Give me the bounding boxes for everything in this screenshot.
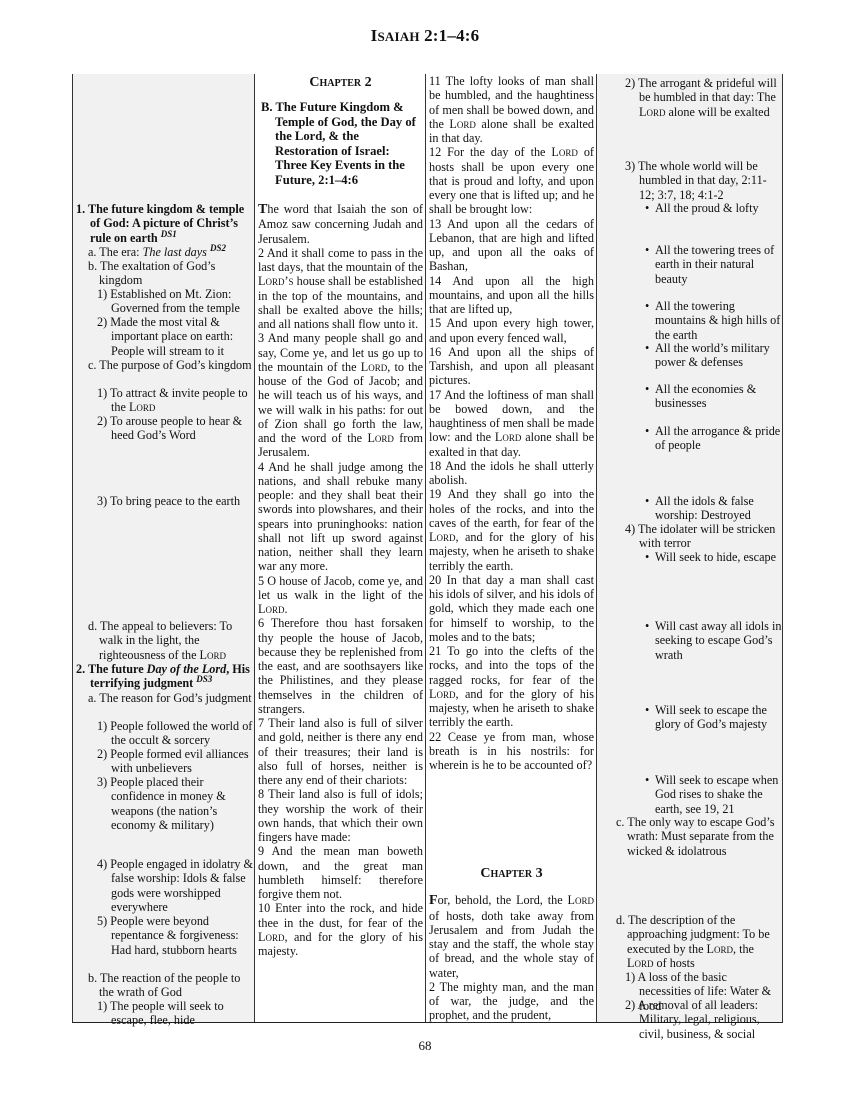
chapter-heading: Chapter 3 bbox=[429, 867, 594, 881]
verse: 13 And upon all the cedars of Lebanon, t… bbox=[429, 217, 594, 274]
verse: 19 And they shall go into the holes of t… bbox=[429, 487, 594, 573]
outline-item: 3) People placed their confidence in mon… bbox=[73, 775, 254, 832]
outline-item: 2. The future Day of the Lord, His terri… bbox=[73, 662, 254, 691]
verses-block-2: 11 The lofty looks of man shall be humbl… bbox=[429, 74, 594, 772]
outline-item: 1) Established on Mt. Zion: Governed fro… bbox=[73, 287, 254, 316]
verse: 20 In that day a man shall cast his idol… bbox=[429, 573, 594, 644]
outline-item: All the towering mountains & high hills … bbox=[597, 299, 782, 342]
verse: 6 Therefore thou hast forsaken thy peopl… bbox=[258, 616, 423, 716]
outline-item: c. The purpose of God’s kingdom bbox=[73, 358, 254, 372]
verse: 2 The mighty man, and the man of war, th… bbox=[429, 980, 594, 1023]
scripture-column-2: 11 The lofty looks of man shall be humbl… bbox=[426, 74, 597, 1022]
scripture-column-1: Chapter 2 B. The Future Kingdom & Temple… bbox=[255, 74, 426, 1022]
outline-item: d. The appeal to believers: To walk in t… bbox=[73, 619, 254, 662]
outline-item: All the idols & false worship: Destroyed bbox=[597, 494, 782, 523]
outline-item: c. The only way to escape God’s wrath: M… bbox=[597, 815, 782, 858]
outline-item: All the economies & businesses bbox=[597, 382, 782, 411]
verses-block-1: The word that Isaiah the son of Amoz saw… bbox=[258, 202, 423, 958]
verse: 11 The lofty looks of man shall be humbl… bbox=[429, 74, 594, 145]
outline-item: 1) People followed the world of the occu… bbox=[73, 719, 254, 748]
outline-item: 1) The people will seek to escape, flee,… bbox=[73, 999, 254, 1028]
outline-item: Will cast away all idols in seeking to e… bbox=[597, 619, 782, 662]
verse: 22 Cease ye from man, whose breath is in… bbox=[429, 730, 594, 773]
outline-item: Will seek to escape the glory of God’s m… bbox=[597, 703, 782, 732]
verse: 12 For the day of the Lord of hosts shal… bbox=[429, 145, 594, 216]
verse: 3 And many people shall go and say, Come… bbox=[258, 331, 423, 459]
verse: 16 And upon all the ships of Tarshish, a… bbox=[429, 345, 594, 388]
outline-item: Will seek to hide, escape bbox=[597, 550, 782, 564]
outline-item: b. The reaction of the people to the wra… bbox=[73, 971, 254, 1000]
outline-item: Will seek to escape when God rises to sh… bbox=[597, 773, 782, 816]
outline-item: 3) To bring peace to the earth bbox=[73, 494, 254, 508]
verse: 21 To go into the clefts of the rocks, a… bbox=[429, 644, 594, 730]
outline-item: 5) People were beyond repentance & forgi… bbox=[73, 914, 254, 957]
section-heading: B. The Future Kingdom & Temple of God, t… bbox=[258, 100, 423, 187]
title-reference: 2:1–4:6 bbox=[424, 26, 479, 45]
verse: 8 Their land also is full of idols; they… bbox=[258, 787, 423, 844]
outline-item: All the world’s military power & defense… bbox=[597, 341, 782, 370]
verse: 7 Their land also is full of silver and … bbox=[258, 716, 423, 787]
chapter-3-verses: For, behold, the Lord, the Lord of hosts… bbox=[429, 893, 594, 1022]
outline-item: All the arrogance & pride of people bbox=[597, 424, 782, 453]
outline-item: 1) To attract & invite people to the Lor… bbox=[73, 386, 254, 415]
page-frame: 1. The future kingdom & temple of God: A… bbox=[72, 74, 783, 1023]
verse: 9 And the mean man boweth down, and the … bbox=[258, 844, 423, 901]
outline-item: 1. The future kingdom & temple of God: A… bbox=[73, 202, 254, 245]
page-number: 68 bbox=[0, 1038, 850, 1054]
verse: 5 O house of Jacob, come ye, and let us … bbox=[258, 574, 423, 617]
outline-column-left: 1. The future kingdom & temple of God: A… bbox=[72, 74, 255, 1022]
chapter-heading: Chapter 2 bbox=[258, 76, 423, 90]
outline-item: All the proud & lofty bbox=[597, 201, 782, 215]
outline-item: 2) The arrogant & prideful will be humbl… bbox=[597, 76, 782, 119]
verse: 2 And it shall come to pass in the last … bbox=[258, 246, 423, 332]
outline-item: b. The exaltation of God’s kingdom bbox=[73, 259, 254, 288]
outline-item: a. The era: The last days DS2 bbox=[73, 245, 254, 259]
outline-item: 2) People formed evil alliances with unb… bbox=[73, 747, 254, 776]
verse: 14 And upon all the high mountains, and … bbox=[429, 274, 594, 317]
verse: 17 And the loftiness of man shall be bow… bbox=[429, 388, 594, 459]
outline-column-right: 2) The arrogant & prideful will be humbl… bbox=[597, 74, 783, 1022]
outline-item: d. The description of the approaching ju… bbox=[597, 913, 782, 970]
outline-item: a. The reason for God’s judgment bbox=[73, 691, 254, 705]
page-title: ISAIAH 2:1–4:6 bbox=[0, 26, 850, 46]
verse: 10 Enter into the rock, and hide thee in… bbox=[258, 901, 423, 958]
chapter-2-heading-block: Chapter 2 B. The Future Kingdom & Temple… bbox=[258, 76, 423, 187]
verse: 18 And the idols he shall utterly abolis… bbox=[429, 459, 594, 488]
chapter-3-block: Chapter 3 For, behold, the Lord, the Lor… bbox=[429, 867, 594, 1023]
outline-item: 4) People engaged in idolatry & false wo… bbox=[73, 857, 254, 914]
outline-item: 2) To arouse people to hear & heed God’s… bbox=[73, 414, 254, 443]
verse: The word that Isaiah the son of Amoz saw… bbox=[258, 202, 423, 246]
outline-item: 2) Made the most vital & important place… bbox=[73, 315, 254, 358]
verse: 4 And he shall judge among the nations, … bbox=[258, 460, 423, 574]
verse: For, behold, the Lord, the Lord of hosts… bbox=[429, 893, 594, 980]
outline-item: 2) A removal of all leaders: Military, l… bbox=[597, 998, 782, 1041]
outline-item: 4) The idolater will be stricken with te… bbox=[597, 522, 782, 551]
verse: 15 And upon every high tower, and upon e… bbox=[429, 316, 594, 345]
outline-item: All the towering trees of earth in their… bbox=[597, 243, 782, 286]
outline-item: 3) The whole world will be humbled in th… bbox=[597, 159, 782, 202]
title-rest: SAIAH bbox=[377, 29, 419, 44]
